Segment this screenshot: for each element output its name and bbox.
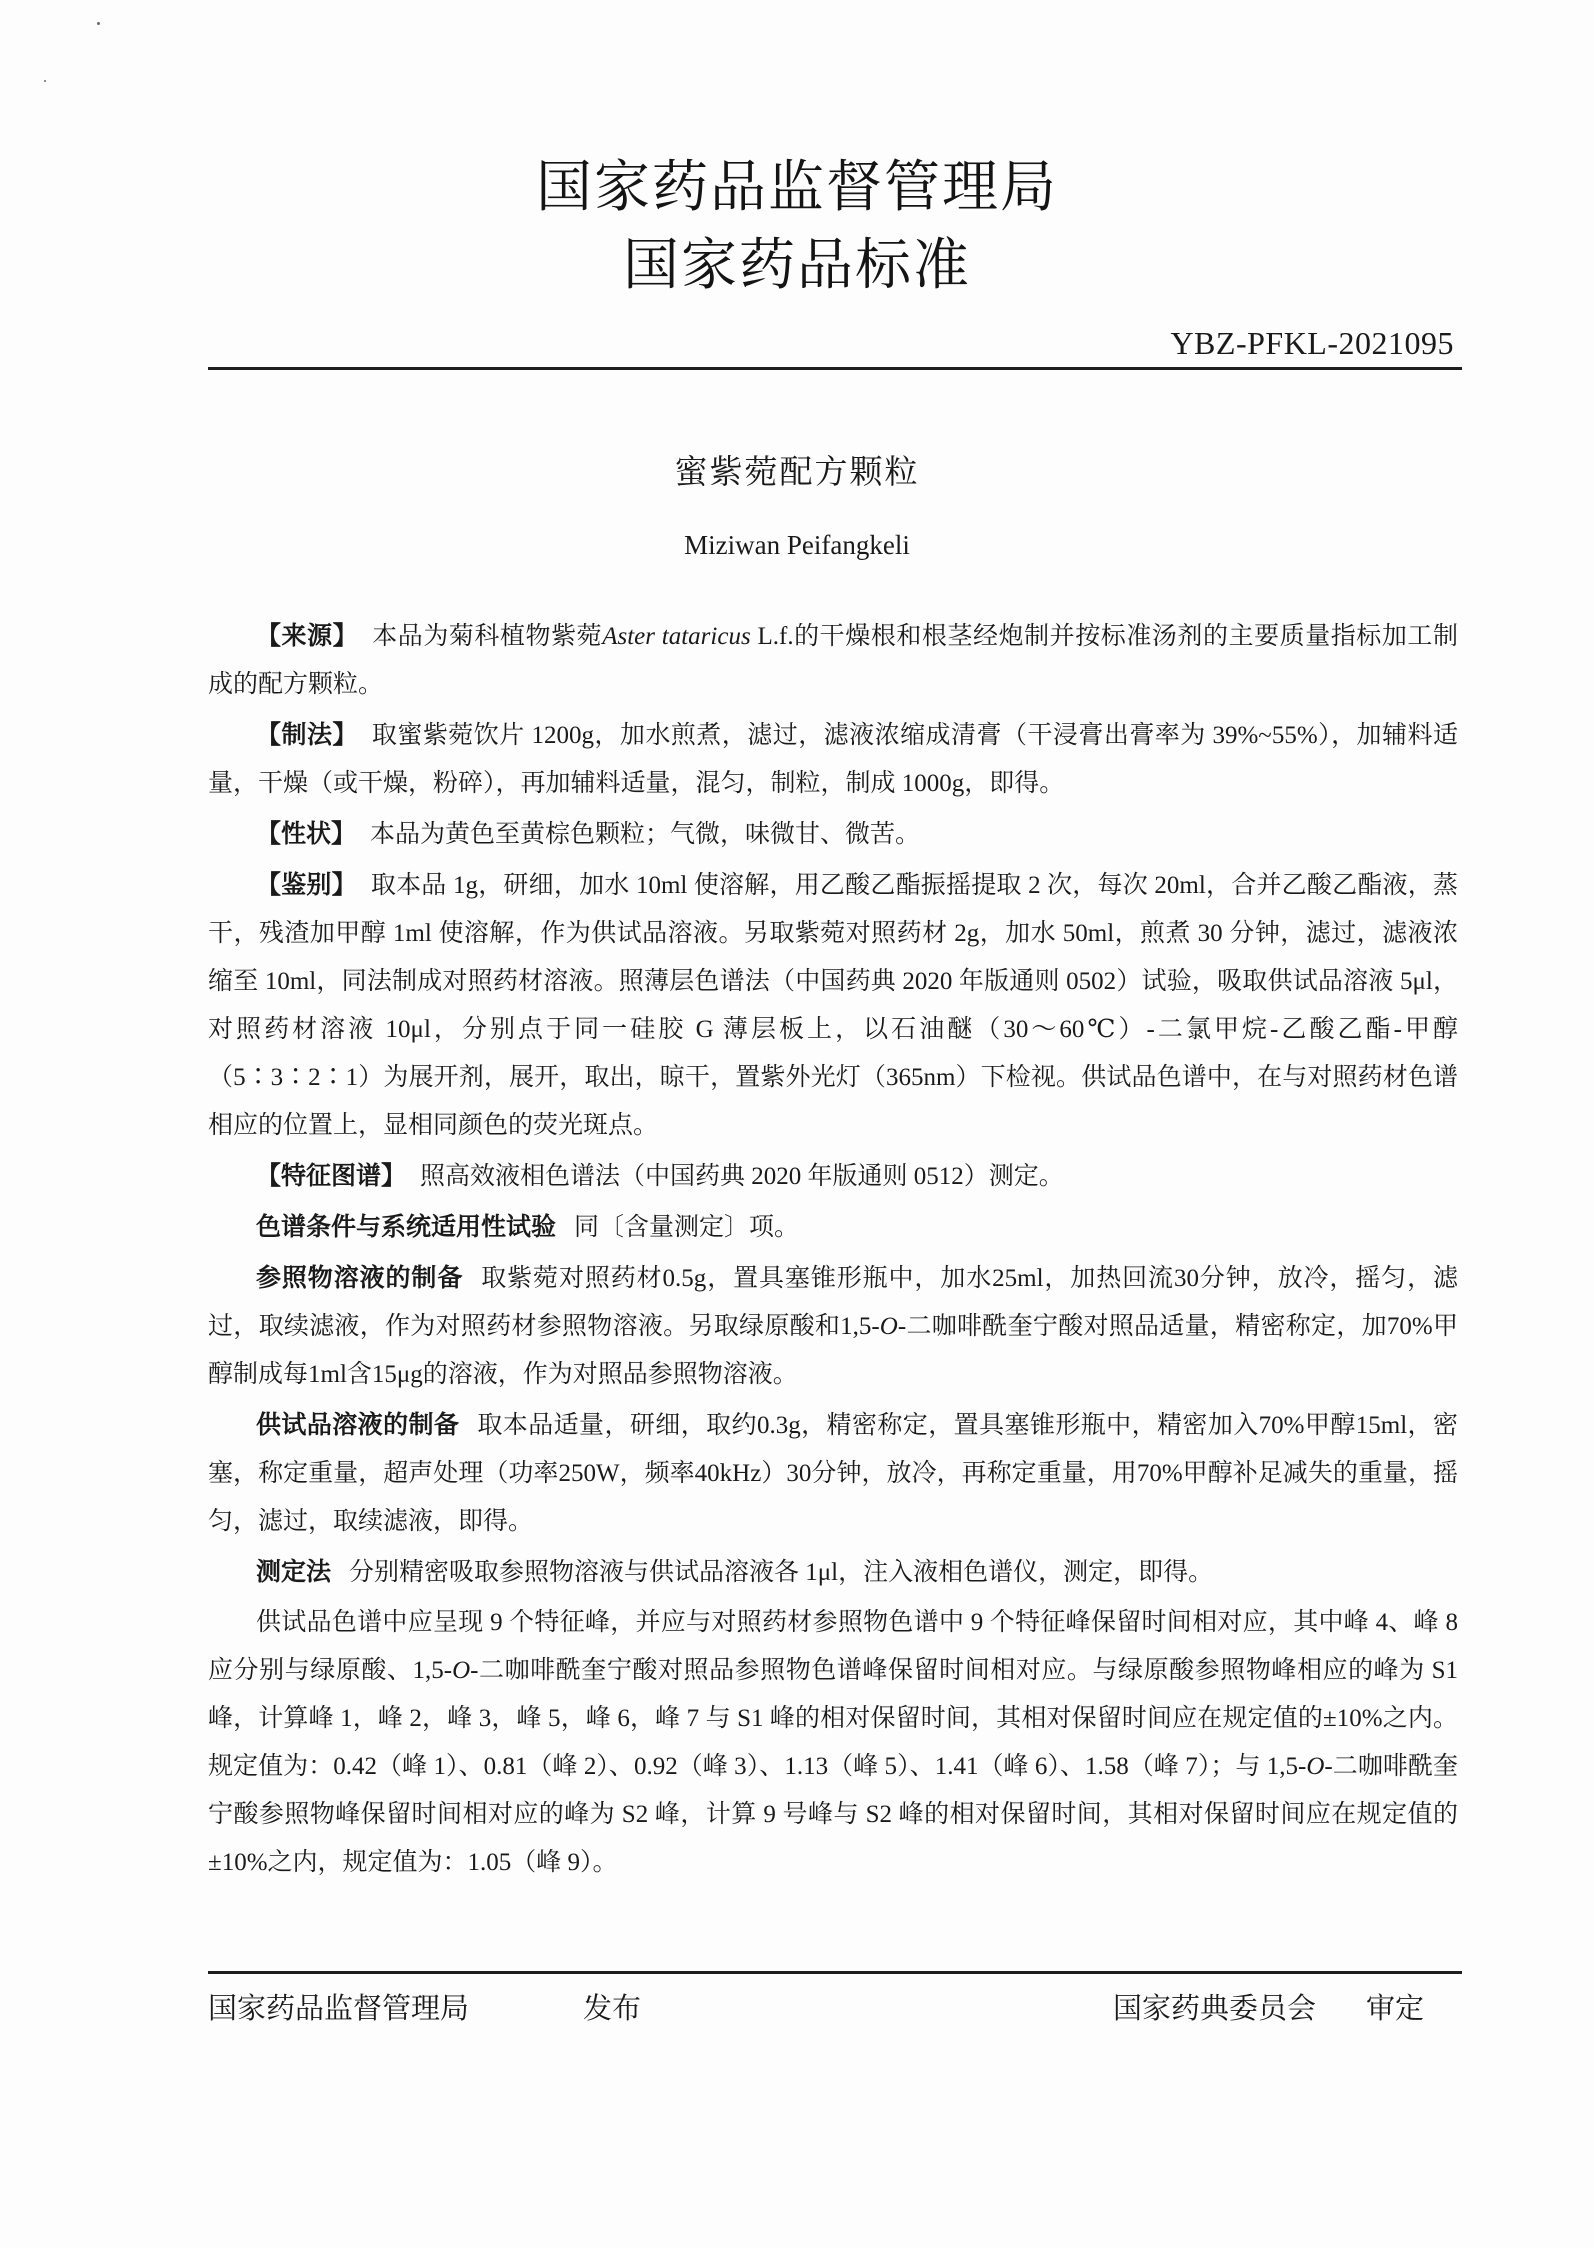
subsection-label: 参照物溶液的制备 [256,1263,463,1292]
section-label: 【鉴别】 [256,870,357,899]
header-divider [208,367,1462,370]
section-text: 本品为黄色至黄棕色颗粒；气微，味微甘、微苦。 [370,821,920,848]
subsection-test-solution: 供试品溶液的制备取本品适量，研细，取约0.3g，精密称定，置具塞锥形瓶中，精密加… [208,1401,1458,1546]
section-label: 【制法】 [256,720,358,749]
section-preparation: 【制法】取蜜紫菀饮片 1200g，加水煎煮，滤过，滤液浓缩成清膏（干浸膏出膏率为… [208,711,1458,808]
document-page: 国家药品监督管理局 国家药品标准 YBZ-PFKL-2021095 蜜紫菀配方颗… [0,0,1594,2248]
scan-speck [44,80,46,82]
section-text: 取蜜紫菀饮片 1200g，加水煎煮，滤过，滤液浓缩成清膏（干浸膏出膏率为 39%… [208,722,1458,797]
italic-o: O [452,1657,470,1684]
subsection-label: 色谱条件与系统适用性试验 [256,1212,556,1241]
section-text: 本品为菊科植物紫菀 [372,623,602,650]
section-source: 【来源】本品为菊科植物紫菀Aster tataricus L.f.的干燥根和根茎… [208,612,1458,709]
section-text: 取本品 1g，研细，加水 10ml 使溶解，用乙酸乙酯振摇提取 2 次，每次 2… [208,872,1458,1139]
product-name-pinyin: Miziwan Peifangkeli [0,530,1594,561]
subsection-reference-solution: 参照物溶液的制备取紫菀对照药材0.5g，置具塞锥形瓶中，加水25ml，加热回流3… [208,1254,1458,1399]
subsection-text: 同〔含量测定〕项。 [574,1214,799,1241]
subsection-chrom-conditions: 色谱条件与系统适用性试验同〔含量测定〕项。 [208,1203,1458,1252]
subsection-text: 分别精密吸取参照物溶液与供试品溶液各 1μl，注入液相色谱仪，测定，即得。 [349,1559,1213,1586]
paragraph-result: 供试品色谱中应呈现 9 个特征峰，并应与对照药材参照物色谱中 9 个特征峰保留时… [208,1599,1458,1887]
standard-code: YBZ-PFKL-2021095 [1170,325,1454,362]
footer-divider [208,1971,1462,1974]
section-text: 照高效液相色谱法（中国药典 2020 年版通则 0512）测定。 [420,1163,1064,1190]
standard-body: 【来源】本品为菊科植物紫菀Aster tataricus L.f.的干燥根和根茎… [208,612,1458,1889]
issuer-action: 发布 [583,1986,641,2027]
standard-type-title: 国家药品标准 [0,238,1594,294]
reviewer-action: 审定 [1366,1986,1424,2027]
agency-title: 国家药品监督管理局 [0,160,1594,216]
section-label: 【来源】 [256,621,358,650]
italic-o: O [880,1313,898,1340]
section-fingerprint: 【特征图谱】照高效液相色谱法（中国药典 2020 年版通则 0512）测定。 [208,1152,1458,1201]
subsection-determination: 测定法分别精密吸取参照物溶液与供试品溶液各 1μl，注入液相色谱仪，测定，即得。 [208,1548,1458,1597]
section-label: 【性状】 [256,819,356,848]
italic-o: O [1306,1753,1324,1780]
section-label: 【特征图谱】 [256,1161,406,1190]
subsection-label: 测定法 [256,1557,331,1586]
reviewer-name: 国家药典委员会 [1113,1986,1316,2027]
section-description: 【性状】本品为黄色至黄棕色颗粒；气微，味微甘、微苦。 [208,810,1458,859]
scan-speck [97,22,100,25]
issuer-name: 国家药品监督管理局 [208,1986,469,2027]
section-identification: 【鉴别】取本品 1g，研细，加水 10ml 使溶解，用乙酸乙酯振摇提取 2 次，… [208,861,1458,1150]
latin-name: Aster tataricus [602,623,750,650]
footer: 国家药品监督管理局 发布 国家药典委员会 审定 [208,1986,1462,2036]
subsection-label: 供试品溶液的制备 [256,1410,459,1439]
product-name-cn: 蜜紫菀配方颗粒 [0,446,1594,493]
